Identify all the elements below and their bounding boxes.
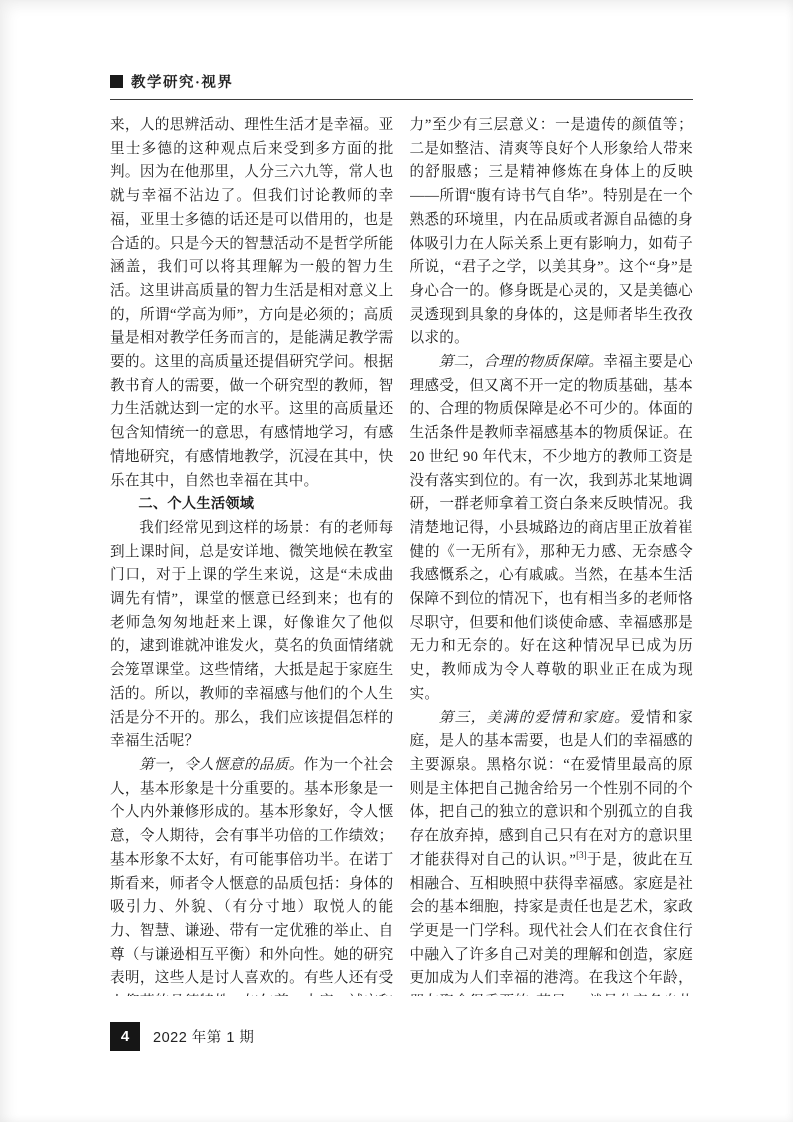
section-heading: 二、个人生活领域 xyxy=(110,493,394,517)
right-column: 力”至少有三层意义：一是遗传的颜值等；二是如整洁、清爽等良好个人形象给人带来的舒… xyxy=(410,114,694,996)
paragraph: 第一，令人惬意的品质。作为一个社会人，基本形象是十分重要的。基本形象是一个人内外… xyxy=(110,754,394,996)
paragraph: 第三，美满的爱情和家庭。爱情和家庭，是人的基本需要，也是人们的幸福感的主要源泉。… xyxy=(410,707,694,996)
paragraph: 我们经常见到这样的场景：有的老师每到上课时间，总是安详地、微笑地候在教室门口，对… xyxy=(110,517,394,754)
article-body: 来，人的思辨活动、理性生活才是幸福。亚里士多德的这种观点后来受到多方面的批判。因… xyxy=(110,114,693,996)
issue-label: 2022 年第 1 期 xyxy=(153,1026,254,1047)
header-rule xyxy=(110,99,693,100)
citation-marker: [3] xyxy=(576,850,587,860)
paragraph-lead: 第三，美满的爱情和家庭。 xyxy=(439,710,631,726)
left-column: 来，人的思辨活动、理性生活才是幸福。亚里士多德的这种观点后来受到多方面的批判。因… xyxy=(110,114,394,996)
page-footer: 4 2022 年第 1 期 xyxy=(110,1022,693,1051)
paragraph-lead: 第一，令人惬意的品质。 xyxy=(139,757,304,773)
paragraph-lead: 第二，合理的物质保障。 xyxy=(439,354,604,370)
page-number-badge: 4 xyxy=(110,1022,140,1051)
page-header: 教学研究·视界 xyxy=(110,71,693,92)
paragraph: 来，人的思辨活动、理性生活才是幸福。亚里士多德的这种观点后来受到多方面的批判。因… xyxy=(110,114,394,493)
section-label: 教学研究·视界 xyxy=(131,71,233,92)
paragraph: 第二，合理的物质保障。幸福主要是心理感受，但又离不开一定的物质基础，基本的、合理… xyxy=(410,351,694,707)
journal-page: 教学研究·视界 来，人的思辨活动、理性生活才是幸福。亚里士多德的这种观点后来受到… xyxy=(0,0,793,1122)
paragraph: 力”至少有三层意义：一是遗传的颜值等；二是如整洁、清爽等良好个人形象给人带来的舒… xyxy=(410,114,694,351)
section-marker-square-icon xyxy=(110,75,123,88)
